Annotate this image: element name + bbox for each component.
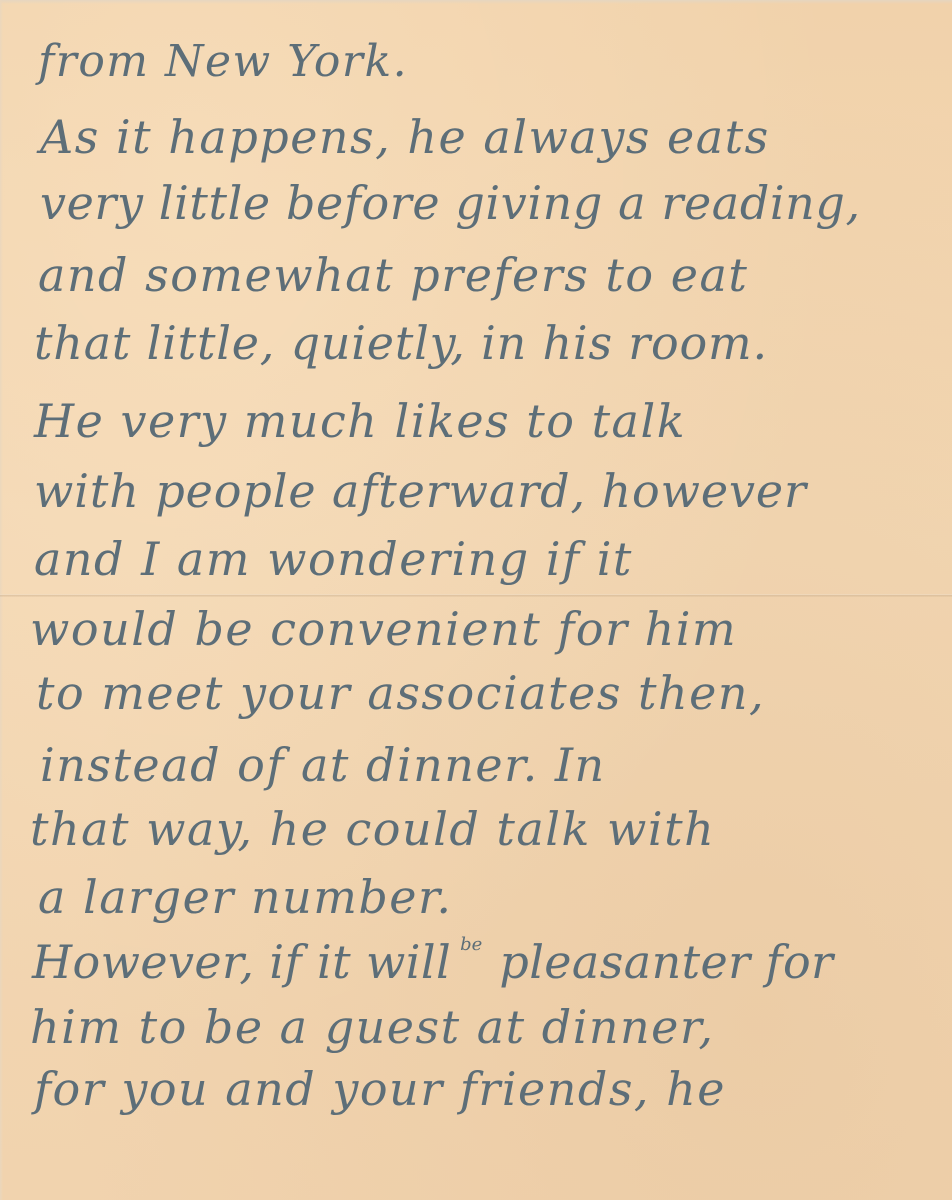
letter-line: that way, he could talk with — [30, 806, 715, 852]
superscript-insertion: be — [460, 934, 482, 955]
letter-line: and somewhat prefers to eat — [38, 252, 748, 298]
letter-line: that little, quietly, in his room. — [34, 320, 768, 366]
line-text-after: pleasanter for — [499, 935, 833, 989]
letter-line: to meet your associates then, — [36, 670, 765, 716]
letter-line-with-insertion: However, if it will be pleasanter for — [32, 936, 833, 985]
letter-line: with people afterward, however — [34, 468, 807, 514]
letter-line: instead of at dinner. In — [40, 742, 606, 788]
letter-line: and I am wondering if it — [34, 536, 633, 582]
letter-line: As it happens, he always eats — [40, 114, 770, 160]
letter-line: him to be a guest at dinner, — [30, 1004, 714, 1050]
handwritten-letter-body: from New York. As it happens, he always … — [0, 0, 952, 1200]
letter-line: a larger number. — [38, 874, 453, 920]
letter-line: very little before giving a reading, — [40, 180, 861, 226]
letter-line: would be convenient for him — [30, 606, 737, 652]
letter-line: from New York. — [38, 40, 408, 84]
letter-line: He very much likes to talk — [34, 398, 686, 444]
line-text-before: However, if it will — [32, 935, 451, 989]
letter-line: for you and your friends, he — [34, 1066, 726, 1112]
